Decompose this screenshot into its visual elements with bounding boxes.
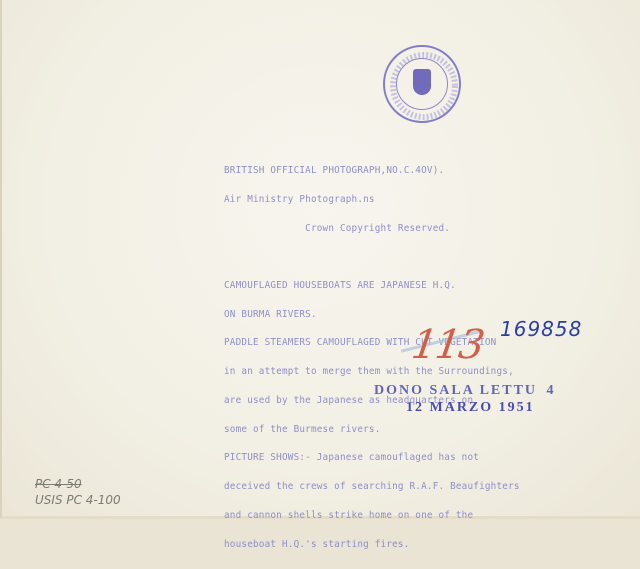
caption-body-line: deceived the crews of searching R.A.F. B… [224, 482, 624, 492]
crest-shield-icon [413, 69, 431, 95]
caption-header-line: Crown Copyright Reserved. [224, 224, 624, 234]
donation-stamp-suffix: 4 [547, 383, 556, 398]
donation-stamp-date: 12 MARZO 1951 [406, 400, 535, 416]
handwritten-inventory-number: 169858 [500, 317, 582, 341]
photo-back-sheet: BRITISH OFFICIAL PHOTOGRAPH,NO.C.4OV). A… [0, 0, 640, 519]
caption-body-line: and cannon shells strike home on one of … [224, 511, 624, 519]
caption-header-line: BRITISH OFFICIAL PHOTOGRAPH,NO.C.4OV). [224, 166, 624, 176]
library-seal-stamp [383, 45, 461, 123]
donation-stamp-line1: DONO SALA LETTU 4 [374, 383, 556, 399]
handwritten-red-number: 113 [409, 322, 486, 368]
caption-header-line: Air Ministry Photograph.ns [224, 195, 624, 205]
pencil-note-catalog: USIS PC 4-100 [35, 493, 121, 507]
caption-spacer [224, 253, 624, 262]
caption-body-line: some of the Burmese rivers. [224, 425, 624, 435]
caption-title-line: CAMOUFLAGED HOUSEBOATS ARE JAPANESE H.Q. [224, 281, 624, 291]
donation-stamp-text: DONO SALA LETTU [374, 383, 537, 398]
caption-body-line: PICTURE SHOWS:- Japanese camouflaged has… [224, 453, 624, 463]
caption-body-line: in an attempt to merge them with the Sur… [224, 367, 624, 377]
pencil-note-struck: PC 4-50 [35, 477, 82, 491]
